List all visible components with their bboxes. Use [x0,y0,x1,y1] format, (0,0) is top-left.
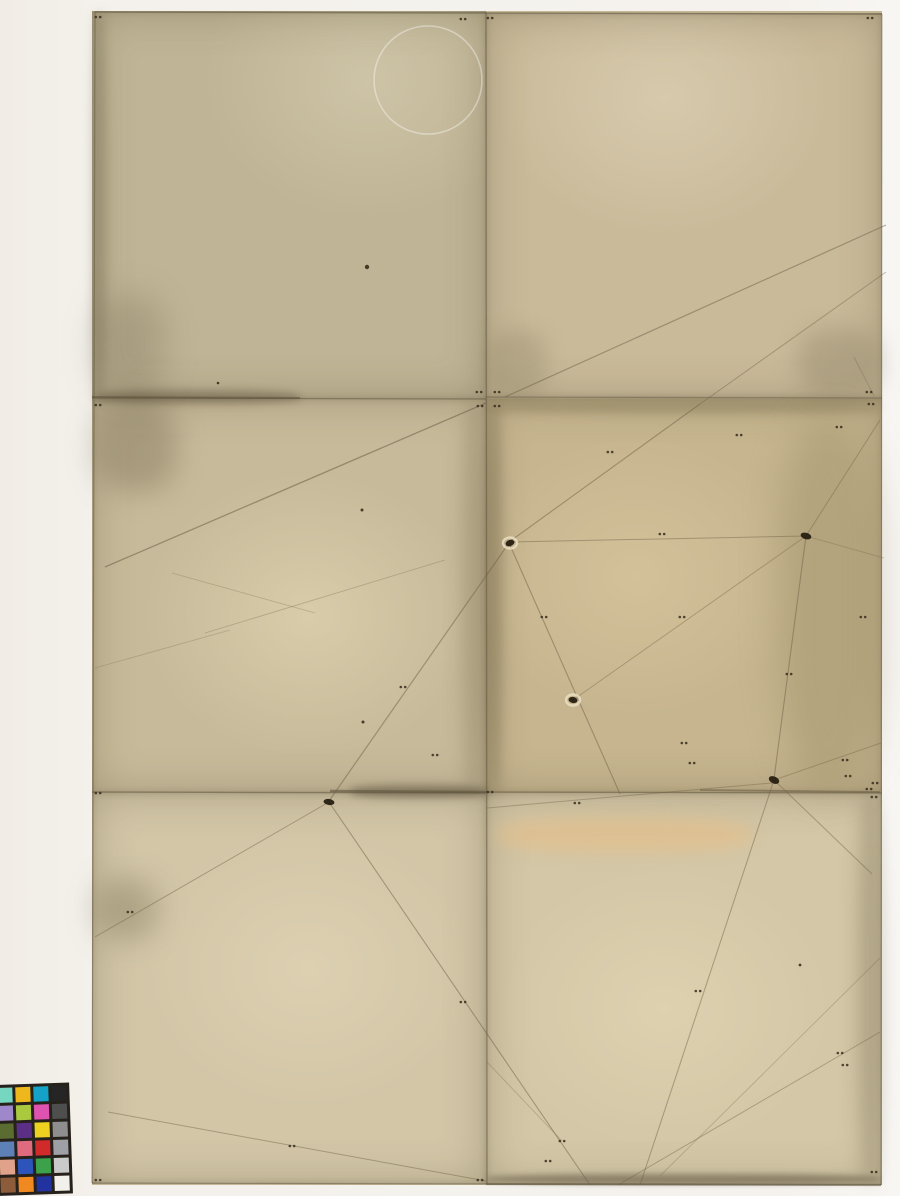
color-patch [36,1158,52,1174]
color-patch [0,1105,13,1121]
color-patch [34,1104,50,1120]
color-patch [53,1140,69,1156]
stain-blotch [95,295,165,397]
color-patch [54,1175,70,1191]
color-patch [36,1176,52,1192]
color-patch [16,1105,32,1121]
color-patch [51,1086,67,1102]
color-patch [35,1140,51,1156]
color-patch [34,1122,50,1138]
stain-blotch [95,878,157,940]
stain-blotch [92,12,106,398]
color-patch [0,1141,15,1157]
scan-background [0,0,900,1196]
color-patch [52,1122,68,1138]
color-patch [0,1087,13,1103]
stain-blotch [486,400,502,793]
stain-blotch [462,400,486,790]
color-patch [18,1177,34,1193]
color-patch [52,1104,68,1120]
stain-blotch [778,420,878,788]
stain-blotch [95,400,177,492]
color-patch [33,1086,49,1102]
color-patch [15,1087,31,1103]
color-patch [54,1158,70,1174]
stain-blotch [497,817,752,853]
color-calibration-chart [0,1082,73,1196]
stain-blotch [487,400,880,413]
color-patch [18,1159,34,1175]
stain-blotch [798,328,880,396]
stain-blotch [487,330,547,398]
color-patch [16,1123,32,1139]
color-patch [0,1177,16,1193]
stain-blotch [487,1174,880,1184]
panel-bottom-left [92,793,486,1184]
stain-blotch [350,785,488,798]
stain-blotch [858,795,882,1183]
color-patch [0,1123,14,1139]
color-patch [17,1141,33,1157]
color-patch [0,1159,15,1175]
